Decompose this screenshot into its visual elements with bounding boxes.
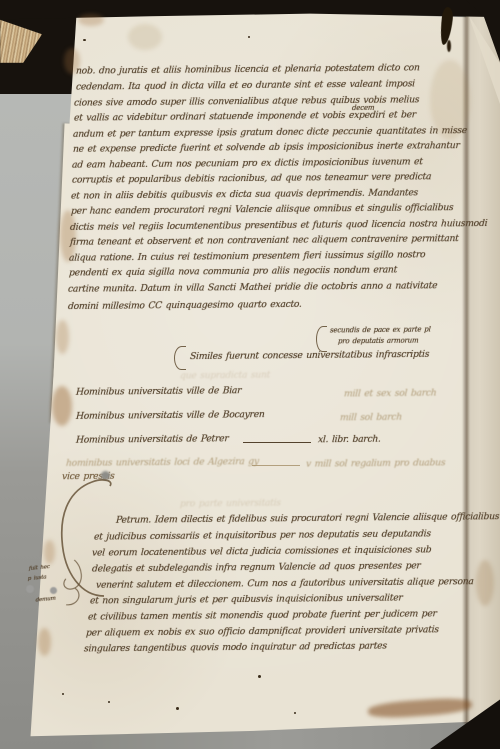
interline-insertion: decem (352, 104, 375, 112)
pencil-dot (50, 587, 57, 594)
grant-entry-faded: hominibus universitatis loci de Algezira… (66, 456, 259, 469)
rubric-heading: Similes fuerunt concesse universitatibus… (190, 349, 430, 362)
ink-speck (294, 712, 296, 714)
grant-amount: xl. libr. barch. (318, 434, 381, 446)
underlying-leaf-right (466, 10, 500, 722)
ink-speck (62, 693, 64, 695)
grant-amount-faded: v mill sol regalium pro duabus (306, 457, 446, 469)
ink-blot-tail (447, 40, 451, 52)
tally-dash (243, 442, 311, 443)
ink-speck (248, 36, 250, 38)
side-note-line: pro deputatis armorum (338, 337, 419, 346)
heading-flourish (174, 346, 186, 370)
manuscript-photo: nob. dno juratis et aliis hominibus lice… (0, 0, 500, 749)
grant-entry: Hominibus universitatis ville de Biar (76, 385, 242, 398)
grant-amount: mill sol barch (340, 412, 403, 424)
bracket-flourish (316, 326, 327, 352)
gutter-shadow (462, 12, 470, 724)
pencil-dot (26, 585, 34, 593)
tally-dash-faded (252, 465, 300, 466)
ink-speck (258, 675, 261, 678)
grant-entry: Hominibus universitatis ville de Bocayre… (76, 409, 265, 422)
text-line: domini millesimo CC quinquagesimo quarto… (68, 299, 302, 312)
show-through-text: pro parte universitatis (180, 498, 281, 510)
ink-speck (108, 701, 110, 703)
margin-note-flourish (44, 557, 88, 612)
ink-speck (176, 707, 179, 710)
show-through-text: que supradicta sunt (180, 370, 271, 382)
side-note-line: secundis de pace ex parte pl (330, 326, 431, 335)
grant-amount: mill et sex sol barch (344, 388, 437, 400)
grant-entry: Hominibus universitatis de Petrer (76, 433, 229, 445)
ink-speck (83, 39, 86, 41)
